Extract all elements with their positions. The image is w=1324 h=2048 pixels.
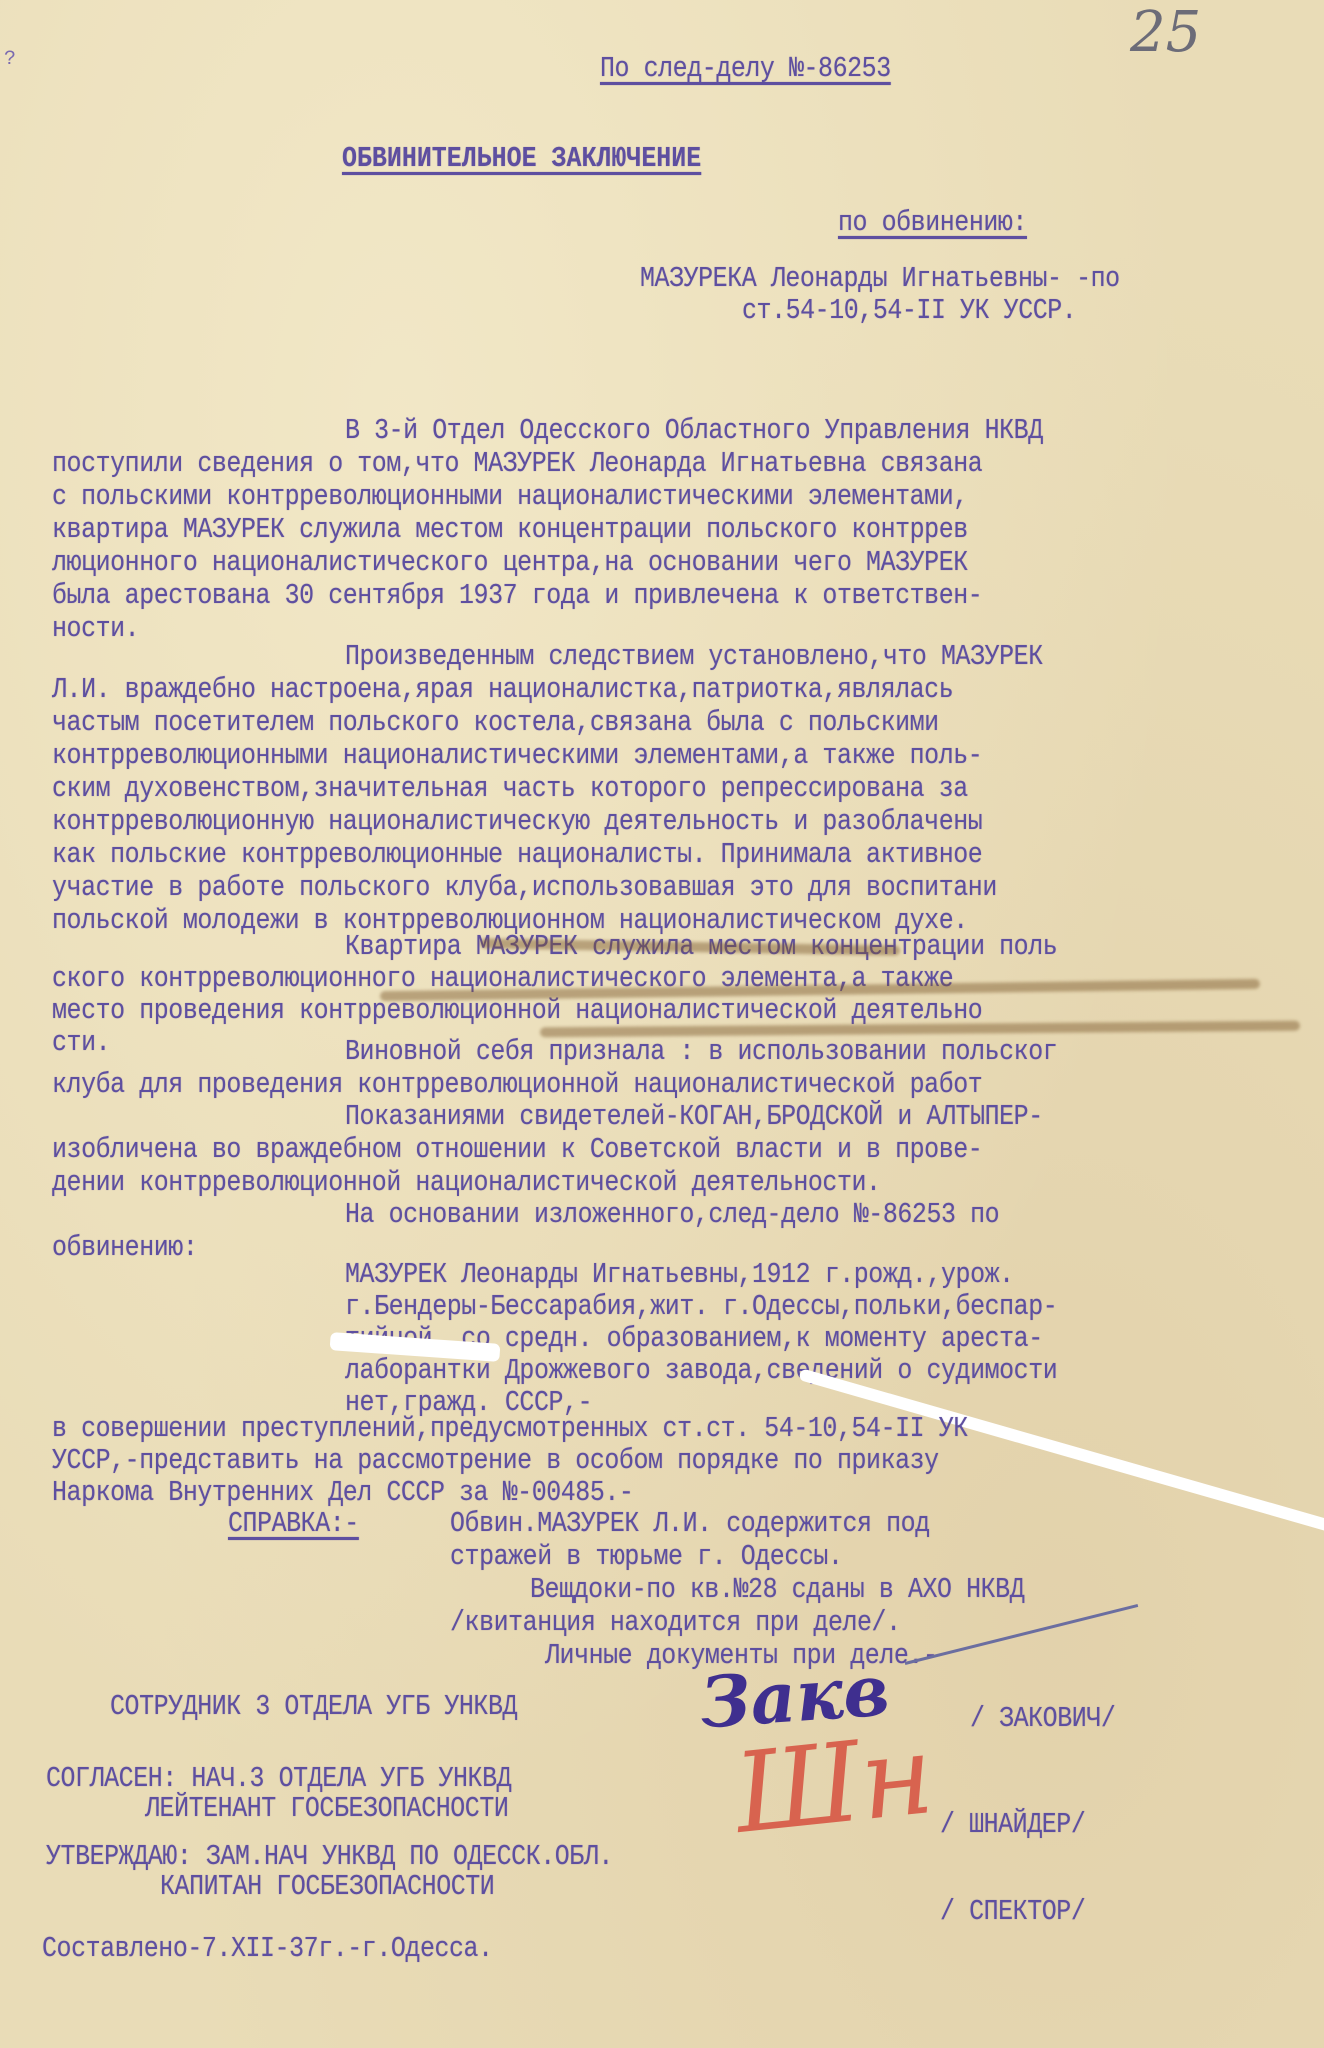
signature-stroke [905,1604,1139,1665]
signatory-rank: КАПИТАН ГОСБЕЗОПАСНОСТИ [160,1870,494,1904]
text-line: На основании изложенного,след-дело №-862… [345,1198,999,1232]
document-title: ОБВИНИТЕЛЬНОЕ ЗАКЛЮЧЕНИЕ [342,142,701,176]
text-line: лаборантки Дрожжевого завода,сведений о … [345,1354,1057,1388]
text-line: в совершении преступлений,предусмотренны… [52,1412,968,1446]
text-line: квартира МАЗУРЕК служила местом концентр… [52,513,968,547]
text-line: участие в работе польского клуба,использ… [52,871,997,905]
signatory-role: СОТРУДНИК 3 ОТДЕЛА УГБ УНКВД [110,1690,517,1724]
text-line: как польские контрреволюционные национал… [52,838,982,872]
signatory-name: / ШНАЙДЕР/ [940,1808,1085,1842]
text-line: Произведенным следствием установлено,что… [345,640,1043,674]
text-line: Вещдоки-по кв.№28 сданы в АХО НКВД [530,1573,1024,1607]
text-line: частым посетителем польского костела,свя… [52,706,939,740]
text-line: клуба для проведения контрреволюционной … [52,1068,982,1102]
compiled-date: Составлено-7.XII-37г.-г.Одесса. [42,1932,493,1966]
signatory-role: УТВЕРЖДАЮ: ЗАМ.НАЧ УНКВД ПО ОДЕССК.ОБЛ. [46,1840,613,1874]
page-number: 25 [1130,0,1201,65]
signatory-name: / ЗАКОВИЧ/ [970,1702,1115,1736]
text-line: стражей в тюрьме г. Одессы. [450,1540,842,1574]
accused-articles-header: ст.54-10,54-II УК УССР. [742,294,1076,328]
by-charge-label: по обвинению: [838,206,1027,240]
handwritten-signature-red: Шн [729,1710,939,1858]
text-line: сти. [52,1026,110,1060]
text-line: ским духовенством,значительная часть кот… [52,772,968,806]
text-line: Наркома Внутренних Дел СССР за №-00485.- [52,1476,633,1510]
text-line: Показаниями свидетелей-КОГАН,БРОДСКОЙ и … [345,1100,1043,1134]
text-line: г.Бендеры-Бессарабия,жит. г.Одессы,польк… [345,1290,1057,1324]
text-line: дении контрреволюционной националистичес… [52,1166,881,1200]
text-line: была арестована 30 сентября 1937 года и … [52,579,982,613]
document-page: 25 ? По след-делу №-86253 ОБВИНИТЕЛЬНОЕ … [0,0,1324,2048]
text-line: Виновной себя признала : в использовании… [345,1035,1057,1069]
text-line: ности. [52,612,139,646]
text-line: люционного националистического центра,на… [52,546,968,580]
text-line: МАЗУРЕК Леонарды Игнатьевны,1912 г.рожд.… [345,1258,1014,1292]
case-reference: По след-делу №-86253 [600,52,891,86]
text-line: контрреволюционными националистическими … [52,739,982,773]
text-line: Обвин.МАЗУРЕК Л.И. содержится под [450,1507,930,1541]
text-line: контрреволюционную националистическую де… [52,805,982,839]
margin-mark: ? [4,48,16,71]
signatory-role: СОГЛАСЕН: НАЧ.3 ОТДЕЛА УГБ УНКВД [46,1762,511,1796]
text-line: изобличена во враждебном отношении к Сов… [52,1133,982,1167]
text-line: поступили сведения о том,что МАЗУРЕК Лео… [52,447,982,481]
signatory-name: / СПЕКТОР/ [940,1895,1085,1929]
text-line: /квитанция находится при деле/. [450,1606,901,1640]
reference-label: СПРАВКА:- [228,1507,359,1541]
text-line: Л.И. враждебно настроена,ярая националис… [52,673,953,707]
text-line: УССР,-представить на рассмотрение в особ… [52,1444,939,1478]
accused-name-header: МАЗУРЕКА Леонарды Игнатьевны- -по [640,262,1120,296]
text-line: с польскими контрреволюционными национал… [52,480,968,514]
text-line: В 3-й Отдел Одесского Областного Управле… [345,414,1043,448]
text-line: обвинению: [52,1231,197,1265]
signatory-rank: ЛЕЙТЕНАНТ ГОСБЕЗОПАСНОСТИ [145,1792,508,1826]
